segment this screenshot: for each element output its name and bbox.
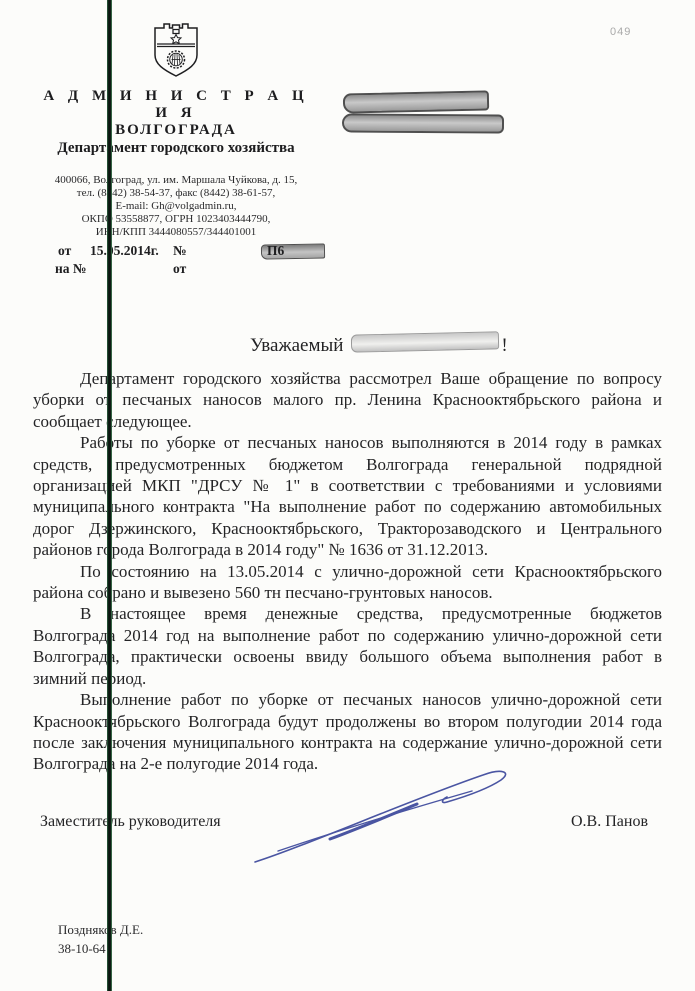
executor-block: Поздняков Д.Е. 38-10-64 [58, 920, 143, 958]
signer-name: О.В. Панов [571, 813, 648, 831]
address-line: 400066, Волгоград, ул. им. Маршала Чуйко… [40, 174, 312, 187]
reply-to-label: на № [55, 261, 86, 277]
ref-number-label: № [173, 243, 187, 259]
paragraph: Департамент городского хозяйства рассмот… [33, 368, 662, 432]
letterhead: А Д М И Н И С Т Р А Ц И Я ВОЛГОГРАДА Деп… [40, 20, 312, 239]
scan-page-number: 049 [610, 26, 631, 38]
org-name-line1: А Д М И Н И С Т Р А Ц И Я [40, 88, 312, 122]
redacted-addressee-line1 [343, 90, 489, 113]
address-line: тел. (8442) 38-54-37, факс (8442) 38-61-… [40, 187, 312, 200]
executor-phone: 38-10-64 [58, 939, 143, 958]
letter-body: Департамент городского хозяйства рассмот… [33, 368, 662, 775]
salutation-prefix: Уважаемый [250, 335, 343, 356]
paragraph: По состоянию на 13.05.2014 с улично-доро… [33, 561, 662, 604]
letter-date: 15.05.2014г. [90, 243, 159, 259]
handwritten-signature [235, 748, 525, 873]
salutation-exclamation: ! [501, 335, 507, 356]
reply-from-label: от [173, 261, 186, 277]
address-line: ИНН/КПП 3444080557/344401001 [40, 226, 312, 239]
org-name-line2: ВОЛГОГРАДА [40, 122, 312, 138]
executor-name: Поздняков Д.Е. [58, 920, 143, 939]
signer-position: Заместитель руководителя [40, 813, 221, 831]
paragraph: В настоящее время денежные средства, пре… [33, 603, 662, 689]
letter-number-suffix: П6 [267, 243, 284, 259]
address-line: E-mail: Gh@volgadmin.ru, [40, 200, 312, 213]
redacted-addressee-line2 [342, 113, 504, 133]
ref-from-label: от [58, 243, 71, 259]
address-line: ОКПО 53558877, ОГРН 1023403444790, [40, 213, 312, 226]
scanner-fold-line [107, 0, 112, 991]
salutation-line: Уважаемый! [250, 333, 508, 357]
paragraph: Работы по уборке от песчаных наносов вып… [33, 432, 662, 560]
org-address-block: 400066, Волгоград, ул. им. Маршала Чуйко… [40, 174, 312, 239]
scanned-letter-page: 049 А Д М И Н И С Т Р А Ц И Я ВОЛГОГРАДА… [0, 0, 695, 991]
reference-block: от 15.05.2014г. № П6 на № от [55, 243, 335, 283]
department-name: Департамент городского хозяйства [40, 140, 312, 157]
redacted-addressee-name [351, 331, 499, 352]
volgograd-coat-of-arms-icon [151, 20, 201, 82]
